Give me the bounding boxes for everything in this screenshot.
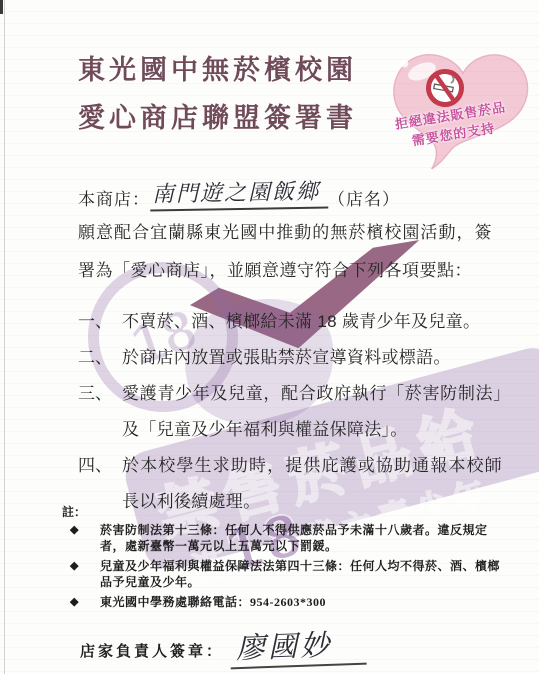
store-name-suffix: （店名） (328, 185, 400, 210)
signature-row: 店家負責人簽章： 廖國妙 (80, 624, 366, 667)
signature-label: 店家負責人簽章： (80, 640, 224, 667)
note-item-3: ◆ 東光國中學務處聯絡電話：954-2603*300 (62, 594, 502, 610)
document-title-block: 東光國中無菸檳校園 愛心商店聯盟簽署書 (78, 46, 357, 142)
page-title: 東光國中無菸檳校園 (78, 46, 357, 94)
owner-signature-handwritten: 廖國妙 (229, 622, 366, 670)
pledge-list: 一、 不賣菸、酒、檳榔給未滿 18 歲青少年及兒童。 二、 於商店內放置或張貼禁… (78, 304, 502, 520)
pledge-item-1: 一、 不賣菸、酒、檳榔給未滿 18 歲青少年及兒童。 (78, 304, 502, 340)
scan-edge-line (4, 0, 5, 674)
scanned-pledge-document: 18 禁售菸品給 未滿18歲之青少年 東光國中無菸檳校園 愛心商店聯盟簽署書 (0, 0, 539, 674)
store-name-row: 本商店： 南門遊之園飯鄉 （店名） (78, 176, 400, 210)
note-item-1: ◆ 菸害防制法第十三條：任何人不得供應菸品予未滿十八歲者。違反規定者，處新臺幣一… (62, 522, 502, 554)
pledge-item-2: 二、 於商店內放置或張貼禁菸宣導資料或標語。 (78, 340, 502, 376)
heart-logo: 拒絕違法販售菸品 需要您的支持 (383, 44, 539, 172)
diamond-bullet-icon: ◆ (62, 594, 100, 610)
page-subtitle: 愛心商店聯盟簽署書 (78, 94, 357, 142)
footnotes: 註： ◆ 菸害防制法第十三條：任何人不得供應菸品予未滿十八歲者。違反規定者，處新… (62, 504, 502, 614)
diamond-bullet-icon: ◆ (62, 558, 100, 590)
pledge-item-3: 三、 愛護青少年及兒童，配合政府執行「菸害防制法」及「兒童及少年福利與權益保障法… (78, 376, 502, 448)
diamond-bullet-icon: ◆ (62, 522, 100, 554)
store-name-handwritten: 南門遊之園飯鄉 (150, 174, 329, 211)
intro-paragraph: 願意配合宜蘭縣東光國中推動的無菸檳校園活動，簽署為「愛心商店」，並願意遵守符合下… (78, 214, 492, 290)
scan-corner-mark (0, 0, 3, 14)
notes-label: 註： (62, 504, 502, 520)
store-label: 本商店： (78, 185, 150, 210)
note-item-2: ◆ 兒童及少年福利與權益保障法法第四十三條：任何人均不得菸、酒、檳榔品予兒童及少… (62, 558, 502, 590)
